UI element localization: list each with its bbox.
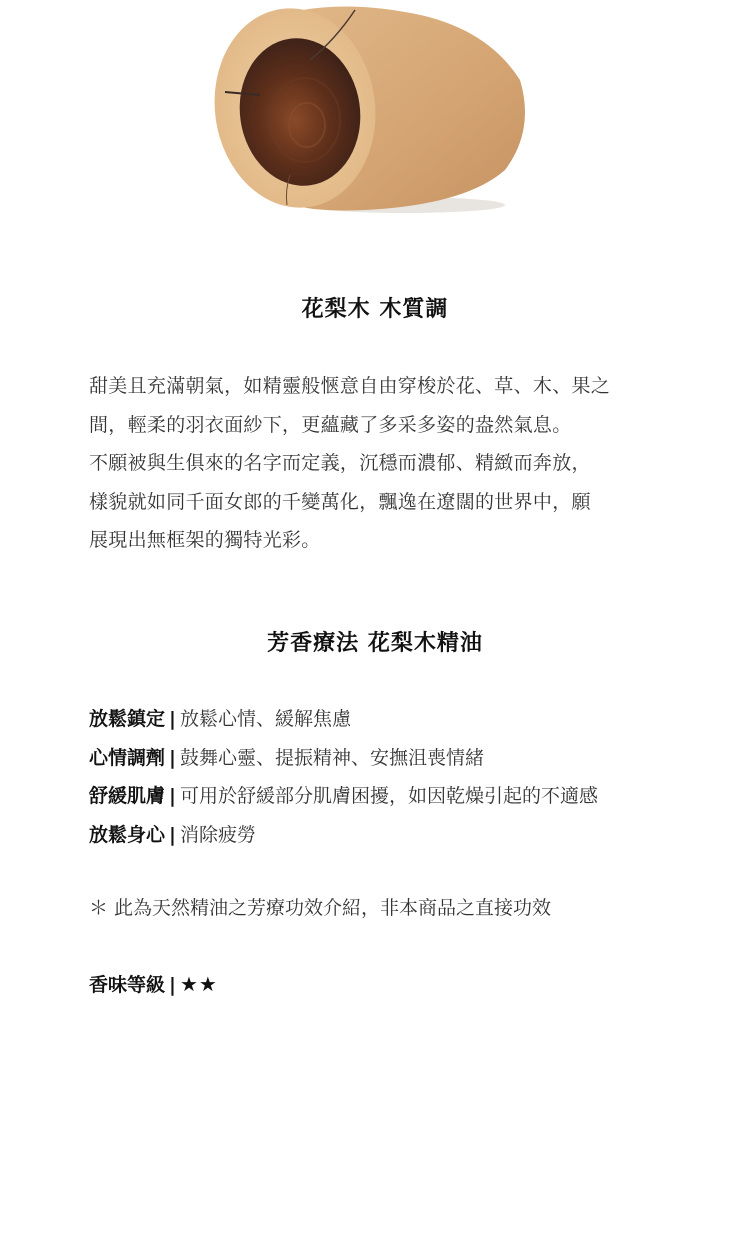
- disclaimer-note: ＊ 此為天然精油之芳療功效介紹，非本商品之直接功效: [89, 893, 551, 920]
- benefit-key: 舒緩肌膚: [89, 785, 165, 807]
- benefit-item: 放鬆身心|消除疲勞: [89, 816, 689, 855]
- benefit-item: 舒緩肌膚|可用於舒緩部分肌膚困擾，如因乾燥引起的不適感: [89, 777, 689, 816]
- benefit-value: 消除疲勞: [180, 824, 256, 846]
- benefit-separator: |: [169, 708, 176, 730]
- benefit-separator: |: [169, 824, 176, 846]
- scent-rating: 香味等級|★★: [89, 970, 218, 997]
- intro-line: 間，輕柔的羽衣面紗下，更蘊藏了多采多姿的盎然氣息。: [89, 406, 669, 445]
- benefit-value: 鼓舞心靈、提振精神、安撫沮喪情緒: [180, 747, 484, 769]
- intro-line: 展現出無框架的獨特光彩。: [89, 521, 669, 560]
- section-title-rosewood-woody: 花梨木 木質調: [0, 292, 750, 323]
- benefit-key: 放鬆鎮定: [89, 708, 165, 730]
- benefit-key: 心情調劑: [89, 747, 165, 769]
- benefit-item: 心情調劑|鼓舞心靈、提振精神、安撫沮喪情緒: [89, 739, 689, 778]
- section-title-aromatherapy: 芳香療法 花梨木精油: [0, 626, 750, 657]
- rating-label: 香味等級: [89, 974, 165, 996]
- intro-line: 甜美且充滿朝氣，如精靈般愜意自由穿梭於花、草、木、果之: [89, 367, 669, 406]
- rosewood-log-image: [205, 0, 535, 220]
- benefit-separator: |: [169, 747, 176, 769]
- benefit-value: 可用於舒緩部分肌膚困擾，如因乾燥引起的不適感: [180, 785, 598, 807]
- benefit-separator: |: [169, 785, 176, 807]
- benefit-key: 放鬆身心: [89, 824, 165, 846]
- benefit-value: 放鬆心情、緩解焦慮: [180, 708, 351, 730]
- intro-line: 樣貌就如同千面女郎的千變萬化，飄逸在遼闊的世界中，願: [89, 483, 669, 522]
- intro-line: 不願被與生俱來的名字而定義，沉穩而濃郁、精緻而奔放，: [89, 444, 669, 483]
- intro-paragraph: 甜美且充滿朝氣，如精靈般愜意自由穿梭於花、草、木、果之 間，輕柔的羽衣面紗下，更…: [89, 367, 669, 560]
- rating-separator: |: [169, 974, 176, 996]
- benefits-list: 放鬆鎮定|放鬆心情、緩解焦慮 心情調劑|鼓舞心靈、提振精神、安撫沮喪情緒 舒緩肌…: [89, 700, 689, 854]
- star-icon: ★★: [180, 972, 218, 996]
- benefit-item: 放鬆鎮定|放鬆心情、緩解焦慮: [89, 700, 689, 739]
